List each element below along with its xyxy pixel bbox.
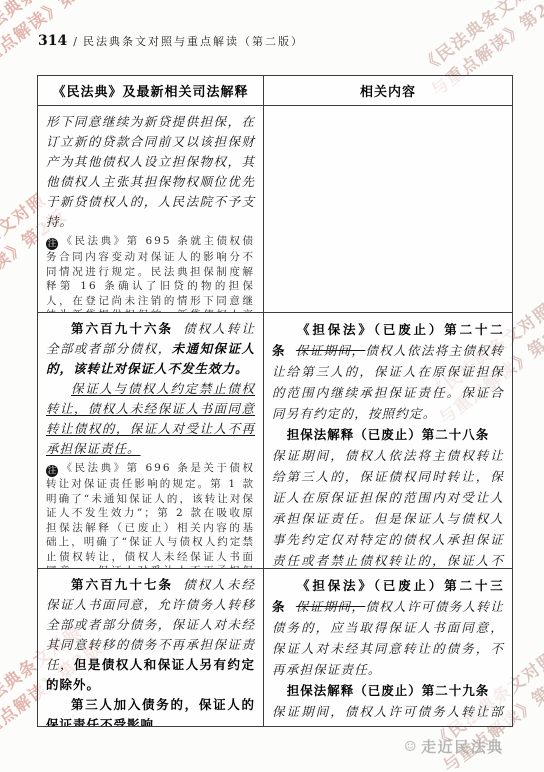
cell-697-right: 《担保法》（已废止）第二十三条保证期间，债权人许可债务人转让债务的，应当取得保证… <box>264 569 512 726</box>
table-row-696: 第六百九十六条债权人转让全部或者部分债权，未通知保证人的，该转让对保证人不发生效… <box>38 313 512 569</box>
article-697-paragraph-2-text: 第三人加入债务的，保证人的保证责任不受影响。 <box>46 697 255 726</box>
article-696-number: 第六百九十六条 <box>71 321 173 336</box>
article-696-underlined-text: 保证人与债权人约定禁止债权转让，债权人未经保证人书面同意转让债权的，保证人对受让… <box>46 381 255 456</box>
note-badge-icon: 注 <box>46 238 58 250</box>
cell-695-right <box>264 106 512 312</box>
guarantee-interpretation-29-number: 担保法解释（已废止）第二十九条 <box>272 680 504 701</box>
guarantee-interpretation-29-text: 保证期间，债权人许可债务人转让部分债务未经保证人书面同意的，保证人对 <box>272 701 504 726</box>
article-696-paragraph-1: 第六百九十六条债权人转让全部或者部分债权，未通知保证人的，该转让对保证人不发生效… <box>46 319 255 379</box>
footer-logo-text: 走近民法典 <box>421 736 504 757</box>
article-695-note: 注《民法典》第 695 条就主债权债务合同内容变动对保证人的影响分不同情况进行规… <box>46 234 255 313</box>
guarantee-law-22-struck-text: 保证期间， <box>296 343 365 358</box>
comparison-table: 《民法典》及最新相关司法解释 相关内容 形下同意继续为新贷提供担保，在订立新的贷… <box>37 75 513 727</box>
guarantee-law-23-struck-text: 保证期间， <box>296 599 365 614</box>
guarantee-interpretation-28-text: 保证期间，债权人依法将主债权转让给第三人的，保证债权同时转让，保证人在原保证担保… <box>272 445 504 569</box>
page-header: 314 / 民法典条文对照与重点解读（第二版） <box>38 33 304 49</box>
article-697-paragraph-2: 第三人加入债务的，保证人的保证责任不受影响。 <box>46 695 255 726</box>
guarantee-interpretation-28-number: 担保法解释（已废止）第二十八条 <box>272 424 504 445</box>
guarantee-law-22: 《担保法》（已废止）第二十二条保证期间，债权人依法将主债权转让给第三人的，保证人… <box>272 319 504 424</box>
cell-697-left: 第六百九十七条债权人未经保证人书面同意，允许债务人转移全部或者部分债务，保证人对… <box>38 569 264 726</box>
footer-logo: ☺ 走近民法典 <box>404 736 504 757</box>
article-696-paragraph-2: 保证人与债权人约定禁止债权转让，债权人未经保证人书面同意转让债权的，保证人对受让… <box>46 379 255 459</box>
col-header-civil-code: 《民法典》及最新相关司法解释 <box>38 76 264 105</box>
article-697-paragraph-1: 第六百九十七条债权人未经保证人书面同意，允许债务人转移全部或者部分债务，保证人对… <box>46 575 255 695</box>
table-row-697: 第六百九十七条债权人未经保证人书面同意，允许债务人转移全部或者部分债务，保证人对… <box>38 569 512 726</box>
page-number: 314 <box>38 33 67 49</box>
cell-695-left: 形下同意继续为新贷提供担保，在订立新的贷款合同前又以该担保财产为其他债权人设立担… <box>38 106 264 312</box>
header-separator: / <box>73 35 77 48</box>
table-row-695: 形下同意继续为新贷提供担保，在订立新的贷款合同前又以该担保财产为其他债权人设立担… <box>38 106 512 313</box>
smiley-logo-icon: ☺ <box>404 739 418 755</box>
col-header-related-content: 相关内容 <box>264 76 512 105</box>
book-page: { "watermark": { "line1": "《民法典条文对照", "l… <box>0 0 544 772</box>
note-text: 《民法典》第 696 条是关于债权转让对保证责任影响的规定。第 1 款明确了“未… <box>46 462 255 569</box>
note-text: 《民法典》第 695 条就主债权债务合同内容变动对保证人的影响分不同情况进行规定… <box>46 235 255 313</box>
note-badge-icon: 注 <box>46 465 58 477</box>
guarantee-law-23: 《担保法》（已废止）第二十三条保证期间，债权人许可债务人转让债务的，应当取得保证… <box>272 575 504 680</box>
cell-696-left: 第六百九十六条债权人转让全部或者部分债权，未通知保证人的，该转让对保证人不发生效… <box>38 313 264 568</box>
book-title: 民法典条文对照与重点解读（第二版） <box>83 33 304 49</box>
cell-696-right: 《担保法》（已废止）第二十二条保证期间，债权人依法将主债权转让给第三人的，保证人… <box>264 313 512 568</box>
article-697-number: 第六百九十七条 <box>71 577 173 592</box>
article-697-emphasis: 但是债权人和保证人另有约定的除外。 <box>46 657 255 692</box>
article-696-note: 注《民法典》第 696 条是关于债权转让对保证责任影响的规定。第 1 款明确了“… <box>46 461 255 569</box>
article-695-continuation: 形下同意继续为新贷提供担保，在订立新的贷款合同前又以该担保财产为其他债权人设立担… <box>46 112 255 232</box>
table-header-row: 《民法典》及最新相关司法解释 相关内容 <box>38 76 512 106</box>
